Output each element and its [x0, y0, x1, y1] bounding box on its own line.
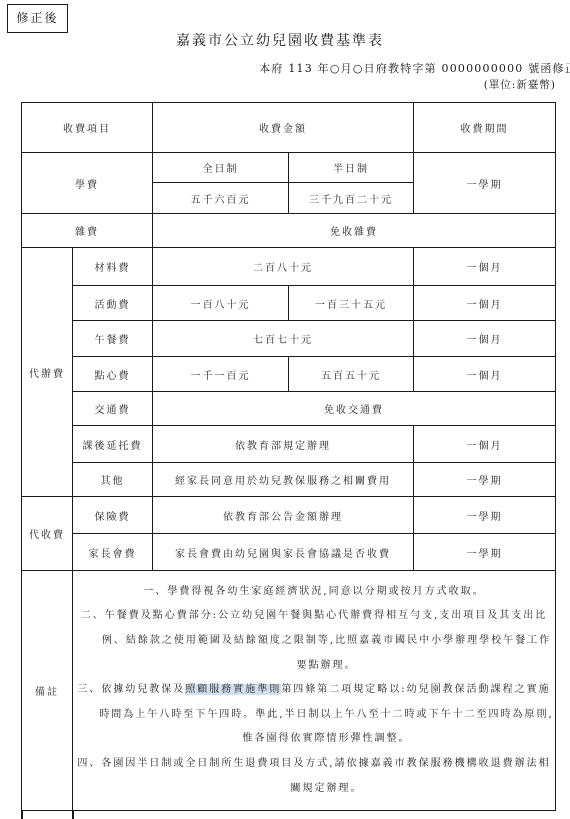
cell-materials-amount: 二百八十元: [153, 248, 414, 286]
cell-full-day-label: 全日制: [153, 153, 289, 183]
header-cell-amount: 收費金額: [153, 103, 414, 153]
document-number-line: 本府 113 年○月○日府教特字第 0000000000 號函修正: [259, 60, 570, 76]
cell-snack-period: 一個月: [414, 357, 556, 392]
cell-agency-group-label: 代辦費: [22, 248, 73, 497]
table-header-row: 收費項目 收費金額 收費期間: [22, 103, 556, 153]
cell-activity-full-day-amount: 一百八十元: [153, 286, 289, 321]
cell-activity-label: 活動費: [73, 286, 153, 321]
fee-table: 收費項目 收費金額 收費期間 學費 全日制 半日制 一學期 五千六百元 三千九百…: [21, 102, 556, 811]
header-cell-period: 收費期間: [414, 103, 556, 153]
after-school-row: 課後延托費 依教育部規定辦理 一個月: [22, 426, 556, 463]
cell-other-period: 一學期: [414, 463, 556, 497]
cell-materials-label: 材料費: [73, 248, 153, 286]
note-item-2: 二、午餐費及點心費部分:公立幼兒園午餐與點心代辦費得相互勻支,支出項目及其支出比…: [73, 604, 555, 678]
note-item-1: 一、學費得視各幼生家庭經濟狀況,同意以分期或按月方式收取。: [73, 580, 555, 605]
cell-lunch-period: 一個月: [414, 321, 556, 357]
cell-after-school-period: 一個月: [414, 426, 556, 463]
cell-tuition-period: 一學期: [414, 153, 556, 214]
note-3-highlighted-text: 照顧服務實施準則: [185, 684, 281, 695]
insurance-row: 代收費 保險費 依教育部公告金額辦理 一學期: [22, 497, 556, 534]
parents-assoc-row: 家長會費 家長會費由幼兒園與家長會協議是否收費 一學期: [22, 534, 556, 571]
cell-after-school-amount: 依教育部規定辦理: [153, 426, 414, 463]
revision-tag: 修正後: [7, 4, 68, 33]
page-title: 嘉義市公立幼兒園收費基準表: [0, 30, 560, 50]
cell-tuition-label: 學費: [22, 153, 153, 214]
document-page: 修正後 嘉義市公立幼兒園收費基準表 本府 113 年○月○日府教特字第 0000…: [0, 0, 570, 819]
cell-tuition-full-day-amount: 五千六百元: [153, 183, 289, 214]
notes-row: 備註 一、學費得視各幼生家庭經濟狀況,同意以分期或按月方式收取。 二、午餐費及點…: [22, 571, 556, 811]
cell-insurance-period: 一學期: [414, 497, 556, 534]
cell-lunch-label: 午餐費: [73, 321, 153, 357]
cell-parents-assoc-label: 家長會費: [73, 534, 153, 571]
note-3-prefix: 三、依據幼兒教保及: [77, 684, 185, 695]
currency-unit-note: (單位:新臺幣): [484, 77, 556, 92]
cell-misc-label: 雜費: [22, 214, 153, 248]
cell-snack-full-day-amount: 一千一百元: [153, 357, 289, 392]
cell-insurance-amount: 依教育部公告金額辦理: [153, 497, 414, 534]
cell-notes-body: 一、學費得視各幼生家庭經濟狀況,同意以分期或按月方式收取。 二、午餐費及點心費部…: [73, 571, 556, 811]
cell-collected-group-label: 代收費: [22, 497, 73, 571]
cell-tuition-half-day-amount: 三千九百二十元: [289, 183, 414, 214]
cell-activity-period: 一個月: [414, 286, 556, 321]
lunch-row: 午餐費 七百七十元 一個月: [22, 321, 556, 357]
cell-transport-amount: 免收交通費: [153, 392, 556, 426]
cell-activity-half-day-amount: 一百三十五元: [289, 286, 414, 321]
activity-row: 活動費 一百八十元 一百三十五元 一個月: [22, 286, 556, 321]
cell-transport-label: 交通費: [73, 392, 153, 426]
materials-row: 代辦費 材料費 二百八十元 一個月: [22, 248, 556, 286]
note-item-4: 四、各園因半日制或全日制所生退費項目及方式,請依據嘉義市教保服務機構收退費辦法相…: [73, 752, 555, 801]
note-item-3: 三、依據幼兒教保及照顧服務實施準則第四條第二項規定略以:幼兒園教保活動課程之實施…: [73, 678, 555, 752]
cell-other-label: 其他: [73, 463, 153, 497]
cell-materials-period: 一個月: [414, 248, 556, 286]
cell-other-amount: 經家長同意用於幼兒教保服務之相關費用: [153, 463, 414, 497]
cell-lunch-amount: 七百七十元: [153, 321, 414, 357]
tuition-row-subheader: 學費 全日制 半日制 一學期: [22, 153, 556, 183]
cell-parents-assoc-period: 一學期: [414, 534, 556, 571]
cell-parents-assoc-amount: 家長會費由幼兒園與家長會協議是否收費: [153, 534, 414, 571]
table-continuation-line-mid: [72, 810, 74, 819]
snack-row: 點心費 一千一百元 五百五十元 一個月: [22, 357, 556, 392]
cell-snack-label: 點心費: [73, 357, 153, 392]
cell-snack-half-day-amount: 五百五十元: [289, 357, 414, 392]
transport-row: 交通費 免收交通費: [22, 392, 556, 426]
table-continuation-line-left: [21, 810, 23, 819]
cell-half-day-label: 半日制: [289, 153, 414, 183]
cell-after-school-label: 課後延托費: [73, 426, 153, 463]
cell-notes-label: 備註: [22, 571, 73, 811]
header-cell-item: 收費項目: [22, 103, 153, 153]
cell-insurance-label: 保險費: [73, 497, 153, 534]
misc-fee-row: 雜費 免收雜費: [22, 214, 556, 248]
other-row: 其他 經家長同意用於幼兒教保服務之相關費用 一學期: [22, 463, 556, 497]
cell-misc-amount: 免收雜費: [153, 214, 556, 248]
